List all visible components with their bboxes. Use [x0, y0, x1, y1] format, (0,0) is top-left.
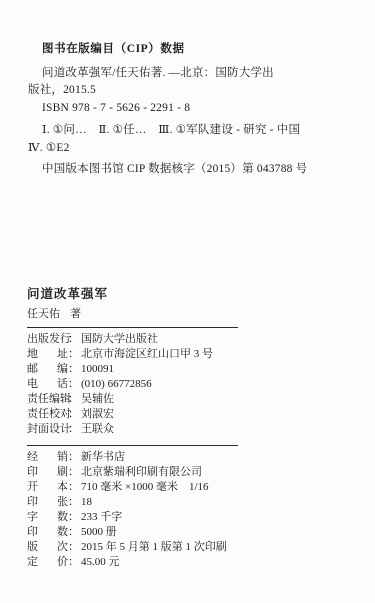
row-colon: ：	[68, 556, 79, 568]
row-value: 北京市海淀区红山口甲 3 号	[81, 348, 213, 360]
row-colon: ：	[68, 363, 79, 375]
row-colon: ：	[68, 423, 79, 435]
cip-line-publisher: 版社，2015.5	[28, 82, 348, 100]
row-label: 地址	[27, 347, 68, 362]
row-label: 定价	[27, 555, 68, 570]
row-value: 新华书店	[81, 451, 125, 463]
cip-line-classification: Ⅰ. ①问… Ⅱ. ①任… Ⅲ. ①军队建设 - 研究 - 中国	[28, 122, 348, 140]
row-colon: ：	[68, 393, 79, 405]
row-value: 5000 册	[81, 526, 117, 538]
row-label: 印张	[27, 495, 68, 510]
row-label: 封面设计	[27, 422, 68, 437]
row-label: 印刷	[27, 465, 68, 480]
book-title: 问道改革强军	[27, 286, 239, 302]
copyright-page: 图书在版编目（CIP）数据 问道改革强军/任天佑著. —北京：国防大学出 版社，…	[0, 0, 375, 603]
author-suffix: 著	[70, 308, 81, 320]
row-label: 版次	[27, 540, 68, 555]
row-colon: ：	[68, 496, 79, 508]
cip-line-title: 问道改革强军/任天佑著. —北京：国防大学出	[28, 65, 348, 83]
row-value: 100091	[81, 363, 114, 375]
cip-line-isbn: ISBN 978 - 7 - 5626 - 2291 - 8	[28, 100, 348, 118]
colophon-row: 电话：(010) 66772856	[27, 377, 239, 392]
cip-heading: 图书在版编目（CIP）数据	[28, 41, 348, 59]
row-value: 18	[81, 496, 92, 508]
row-value: 王联众	[81, 423, 114, 435]
author-line: 任天佑著	[27, 307, 239, 322]
publication-rows: 出版发行：国防大学出版社 地址：北京市海淀区红山口甲 3 号 邮编：100091…	[27, 328, 239, 440]
row-colon: ：	[68, 466, 79, 478]
row-value: 710 毫米 ×1000 毫米 1/16	[81, 481, 209, 493]
colophon-row: 字数：233 千字	[27, 510, 239, 525]
cip-line-registration: 中国版本图书馆 CIP 数据核字（2015）第 043788 号	[28, 161, 348, 179]
author-name: 任天佑	[27, 308, 60, 320]
colophon-row: 出版发行：国防大学出版社	[27, 332, 239, 347]
row-value: 45.00 元	[81, 556, 120, 568]
row-value: 国防大学出版社	[81, 333, 158, 345]
row-colon: ：	[68, 511, 79, 523]
row-value: 北京紫瑞利印刷有限公司	[81, 466, 202, 478]
row-colon: ：	[68, 408, 79, 420]
cip-line-classification-2: Ⅳ. ①E2	[28, 140, 348, 158]
colophon-row: 开本：710 毫米 ×1000 毫米 1/16	[27, 480, 239, 495]
colophon-row: 版次：2015 年 5 月第 1 版第 1 次印刷	[27, 540, 239, 555]
row-label: 字数	[27, 510, 68, 525]
row-value: 吴辅佐	[81, 393, 114, 405]
row-label: 电话	[27, 377, 68, 392]
row-label: 邮编	[27, 362, 68, 377]
row-label: 经销	[27, 450, 68, 465]
row-label: 印数	[27, 525, 68, 540]
colophon-row: 封面设计：王联众	[27, 422, 239, 437]
row-value: 刘淑宏	[81, 408, 114, 420]
row-colon: ：	[68, 451, 79, 463]
printing-rows: 经销：新华书店 印刷：北京紫瑞利印刷有限公司 开本：710 毫米 ×1000 毫…	[27, 446, 239, 573]
colophon-row: 印张：18	[27, 495, 239, 510]
colophon-row: 责任校对：刘淑宏	[27, 407, 239, 422]
row-label: 责任校对	[27, 407, 68, 422]
row-colon: ：	[68, 378, 79, 390]
row-label: 出版发行	[27, 332, 68, 347]
colophon-block: 问道改革强军 任天佑著 出版发行：国防大学出版社 地址：北京市海淀区红山口甲 3…	[27, 286, 239, 573]
row-label: 责任编辑	[27, 392, 68, 407]
row-colon: ：	[68, 348, 79, 360]
row-colon: ：	[68, 541, 79, 553]
row-value: 2015 年 5 月第 1 版第 1 次印刷	[81, 541, 227, 553]
colophon-row: 地址：北京市海淀区红山口甲 3 号	[27, 347, 239, 362]
colophon-row: 责任编辑：吴辅佐	[27, 392, 239, 407]
colophon-row: 印数：5000 册	[27, 525, 239, 540]
row-colon: ：	[68, 481, 79, 493]
colophon-row: 邮编：100091	[27, 362, 239, 377]
colophon-row: 经销：新华书店	[27, 450, 239, 465]
row-colon: ：	[68, 526, 79, 538]
colophon-row: 定价：45.00 元	[27, 555, 239, 570]
row-value: 233 千字	[81, 511, 122, 523]
cip-data-block: 图书在版编目（CIP）数据 问道改革强军/任天佑著. —北京：国防大学出 版社，…	[28, 41, 348, 179]
row-label: 开本	[27, 480, 68, 495]
row-value: (010) 66772856	[81, 378, 152, 390]
row-colon: ：	[68, 333, 79, 345]
colophon-row: 印刷：北京紫瑞利印刷有限公司	[27, 465, 239, 480]
